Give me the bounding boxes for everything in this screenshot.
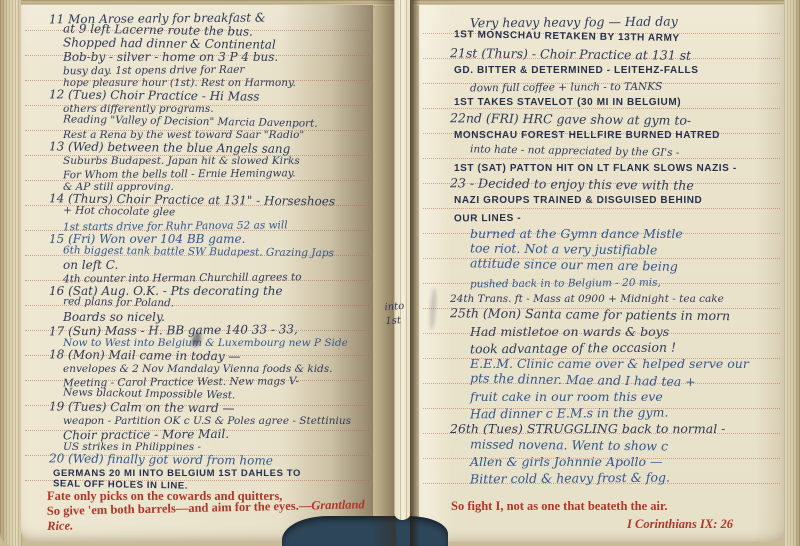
diary-line: on left C.	[63, 259, 365, 272]
diary-line: 23 - Decided to enjoy this eve with the	[450, 175, 780, 195]
diary-line: 1ST (SAT) PATTON HIT ON LT FLANK SLOWS N…	[454, 161, 780, 177]
diary-line: 21st (Thurs) - Choir Practice at 131 st	[450, 45, 780, 65]
diary-line: E.E.M. Clinic came over & helped serve o…	[470, 356, 780, 372]
diary-line: pushed back in to Belgium - 20 mis,	[470, 273, 780, 292]
diary-line: busy day. 1st opens drive for Raer	[63, 63, 365, 79]
diary-line: Choir practice - More Mail.	[63, 427, 365, 443]
handwritten-entries-right: Very heavy heavy fog — Had day 1ST MONSC…	[446, 14, 780, 487]
diary-line: envelopes & 2 Nov Mandalay Vienna foods …	[63, 363, 365, 376]
diary-line: OUR LINES -	[454, 208, 780, 227]
diary-line: NAZI GROUPS TRAINED & DISGUISED BEHIND	[454, 193, 780, 209]
diary-line: 25th (Mon) Santa came for patients in mo…	[450, 306, 780, 326]
diary-line: down full coffee + lunch - to TANKS	[470, 78, 780, 97]
diary-line: fruit cake in our room this eve	[470, 389, 780, 405]
diary-line: burned at the Gymn dance Mistle	[470, 226, 780, 242]
page-stack-edge-left	[0, 0, 22, 546]
diary-line: 1ST TAKES STAVELOT (30 MI IN BELGIUM)	[454, 95, 780, 111]
quote-line: So fight I, not as one that beateth the …	[451, 499, 771, 514]
diary-line: 17 (Sun) Mass - H. BB game 140 33 - 33,	[49, 323, 365, 339]
diary-line: Bob-by - silver - home on 3 P 4 bus.	[63, 51, 365, 64]
page-stack-edge-right	[784, 0, 800, 546]
diary-line: For Whom the bells toll - Ernie Hemingwa…	[63, 167, 365, 183]
diary-line: GD. BITTER & DETERMINED - LEITEHZ-FALLS	[454, 63, 780, 79]
handwritten-entries-left: 11 Mon Arose early for breakfast & at 9 …	[45, 12, 365, 493]
printed-quote-right: So fight I, not as one that beateth the …	[451, 499, 771, 531]
book-cover-edge	[282, 516, 448, 546]
margin-note: into 1st	[384, 299, 420, 329]
margin-note-line: 1st	[385, 313, 420, 329]
right-page: Very heavy heavy fog — Had day 1ST MONSC…	[419, 5, 784, 542]
gutter-shadow	[372, 0, 396, 546]
diary-line: 26th (Tues) STRUGGLING back to normal -	[450, 421, 780, 437]
diary-line: 22nd (FRI) HRC gave show at gym to-	[450, 110, 780, 130]
diary-line: 4th counter into Herman Churchill agrees…	[63, 271, 365, 287]
diary-line: took advantage of the occasion !	[470, 339, 780, 358]
diary-line: Bitter cold & heavy frost & fog.	[470, 469, 780, 488]
diary-line: Had mistletoe on wards & boys	[470, 324, 780, 340]
left-page: 11 Mon Arose early for breakfast & at 9 …	[21, 5, 373, 542]
gutter-crease	[410, 0, 420, 546]
diary-line: missed novena. Went to show c	[470, 436, 780, 456]
quote-citation: I Corinthians IX: 26	[451, 517, 771, 532]
diary-line: Allen & girls Johnnie Apollo —	[470, 454, 780, 470]
diary-line: Had dinner c E.M.s in the gym.	[470, 404, 780, 423]
diary-line: Suburbs Budapest. Japan hit & slowed Kir…	[63, 155, 365, 168]
diary-line: 1st starts drive for Ruhr Panova 52 as w…	[63, 219, 365, 235]
